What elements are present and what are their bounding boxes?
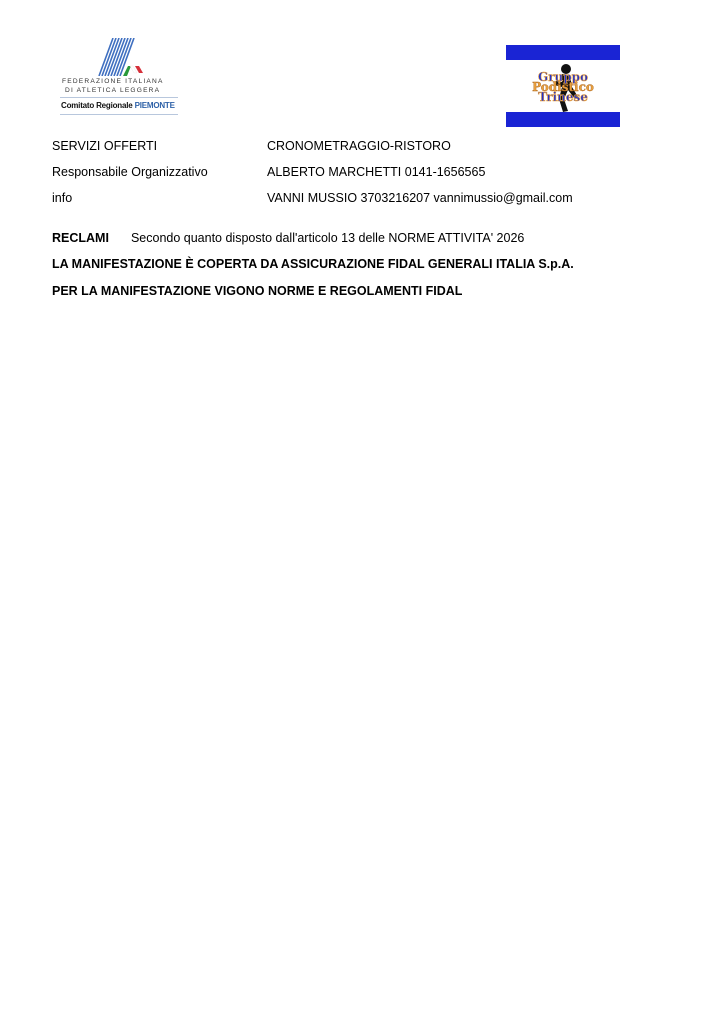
row-label: Responsabile Organizzativo — [52, 165, 208, 179]
logo-band-top — [506, 45, 620, 60]
divider — [60, 114, 178, 115]
reclami-text: Secondo quanto disposto dall'articolo 13… — [131, 231, 524, 245]
row-label: SERVIZI OFFERTI — [52, 139, 157, 153]
club-logo: Gruppo Podistico Trinese — [506, 45, 620, 127]
info-row-responsabile: Responsabile Organizzativo ALBERTO MARCH… — [52, 165, 208, 179]
info-row-servizi: SERVIZI OFFERTI CRONOMETRAGGIO-RISTORO — [52, 139, 157, 153]
row-label: info — [52, 191, 72, 205]
insurance-note: LA MANIFESTAZIONE È COPERTA DA ASSICURAZ… — [52, 257, 574, 271]
regulations-note: PER LA MANIFESTAZIONE VIGONO NORME E REG… — [52, 284, 462, 298]
fidal-piemonte-logo: FEDERAZIONE ITALIANA DI ATLETICA LEGGERA… — [58, 38, 188, 118]
fidal-comitato: Comitato Regionale PIEMONTE — [61, 101, 175, 110]
club-name-line3: Trinese — [506, 92, 620, 102]
divider — [60, 97, 178, 98]
reclami-line: RECLAMISecondo quanto disposto dall'arti… — [52, 231, 524, 245]
reclami-label: RECLAMI — [52, 231, 109, 245]
row-value: VANNI MUSSIO 3703216207 vannimussio@gmai… — [267, 191, 573, 205]
fidal-name-line1: FEDERAZIONE ITALIANA — [62, 78, 164, 85]
logo-band-bottom — [506, 112, 620, 127]
row-value: ALBERTO MARCHETTI 0141-1656565 — [267, 165, 485, 179]
info-row-info: info VANNI MUSSIO 3703216207 vannimussio… — [52, 191, 72, 205]
row-value: CRONOMETRAGGIO-RISTORO — [267, 139, 451, 153]
region-label: PIEMONTE — [135, 101, 175, 110]
fidal-name-line2: DI ATLETICA LEGGERA — [65, 87, 160, 94]
fidal-stripes-icon — [95, 38, 145, 76]
comitato-label: Comitato Regionale — [61, 101, 133, 110]
